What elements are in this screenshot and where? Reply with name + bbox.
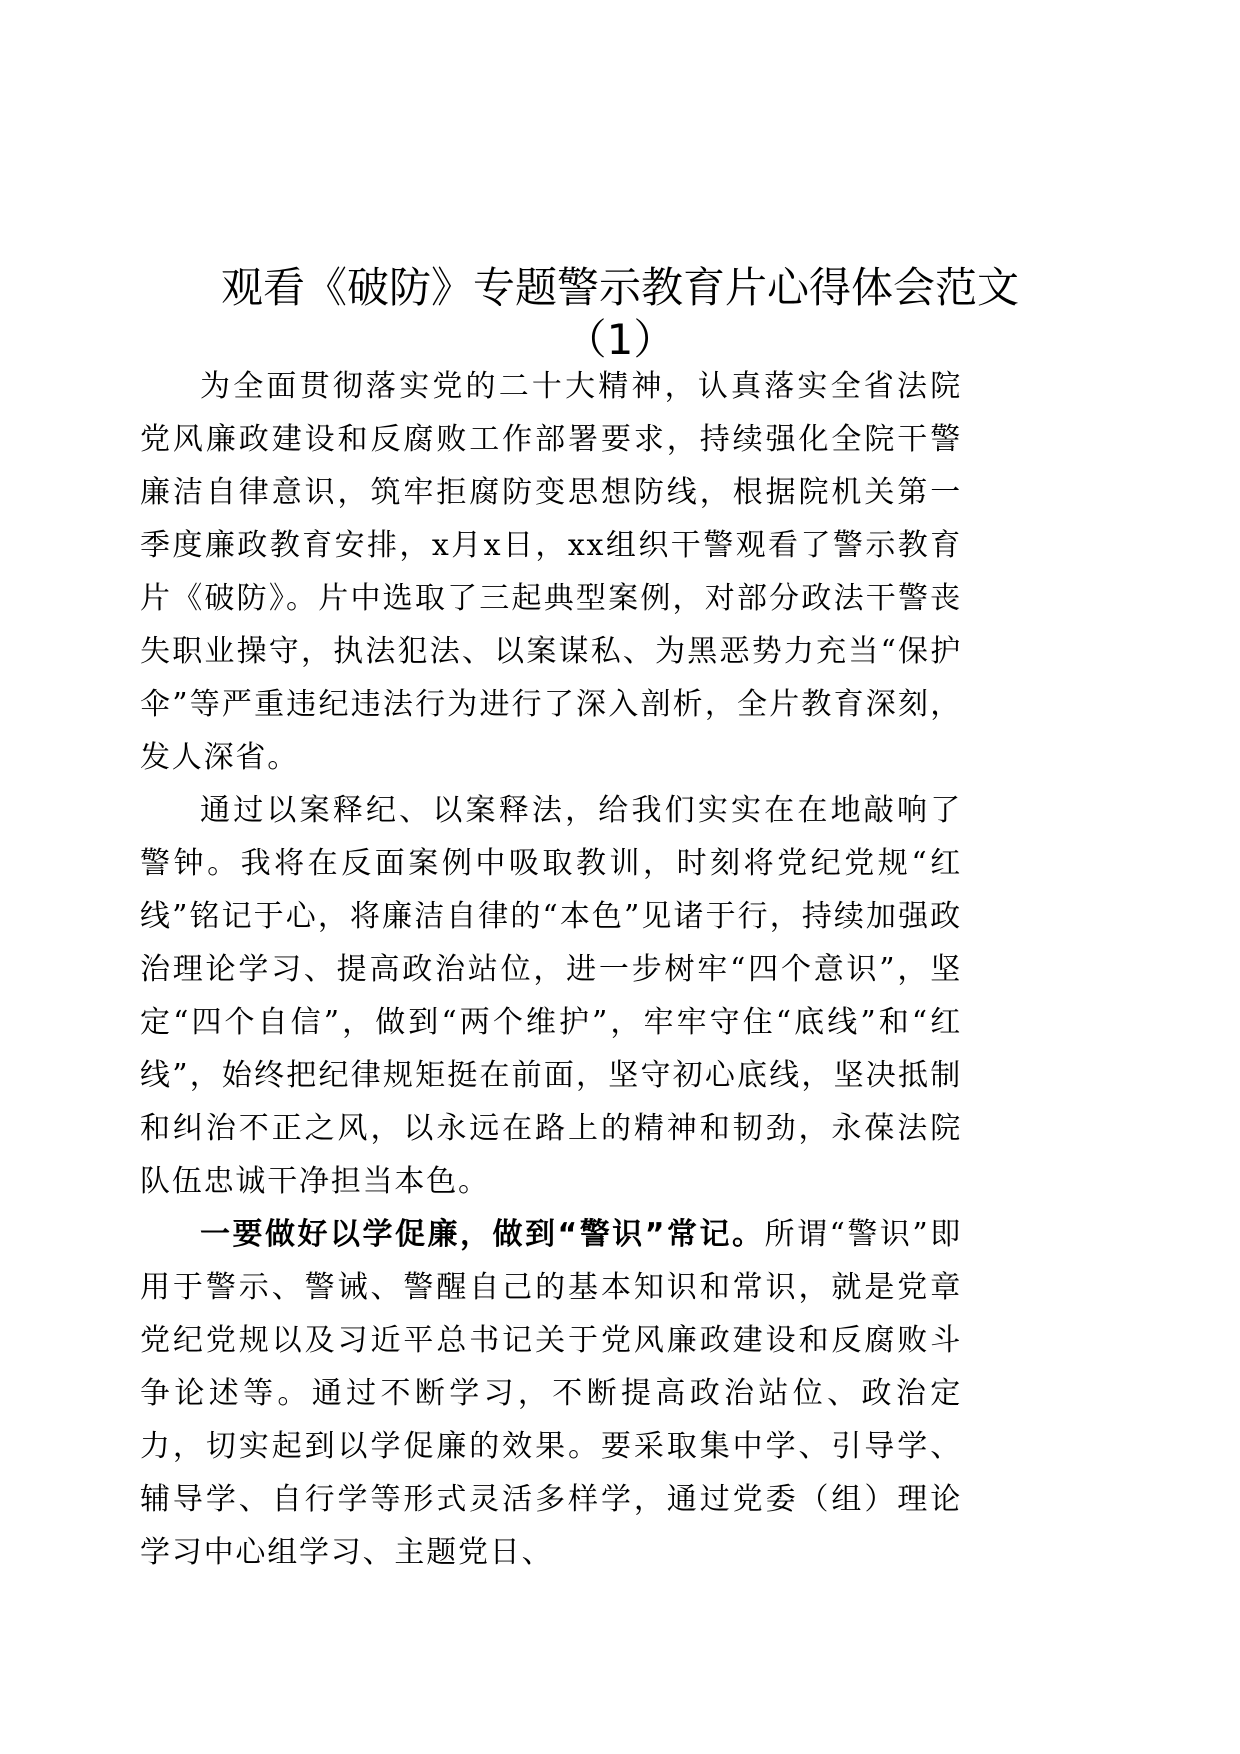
document-page: 观看《破防》专题警示教育片心得体会范文 （1） 为全面贯彻落实党的二十大精神，认… (0, 0, 1240, 1754)
paragraph-text: 为全面贯彻落实党的二十大精神，认真落实全省法院党风廉政建设和反腐败工作部署要求，… (140, 369, 962, 775)
document-title: 观看《破防》专题警示教育片心得体会范文 （1） (140, 262, 1100, 366)
paragraph-text: 所谓“警识”即用于警示、警诫、警醒自己的基本知识和常识，就是党章党纪党规以及习近… (140, 1217, 962, 1570)
paragraph-lead-heading: 一要做好以学促廉，做到“警识”常记。 (200, 1217, 765, 1252)
paragraph-2: 通过以案释纪、以案释法，给我们实实在在地敲响了警钟。我将在反面案例中吸取教训，时… (140, 784, 962, 1208)
title-line-1: 观看《破防》专题警示教育片心得体会范文 (140, 262, 1100, 314)
title-line-2: （1） (140, 314, 1100, 366)
document-body: 为全面贯彻落实党的二十大精神，认真落实全省法院党风廉政建设和反腐败工作部署要求，… (140, 360, 962, 1579)
paragraph-text: 通过以案释纪、以案释法，给我们实实在在地敲响了警钟。我将在反面案例中吸取教训，时… (140, 793, 962, 1199)
paragraph-3: 一要做好以学促廉，做到“警识”常记。所谓“警识”即用于警示、警诫、警醒自己的基本… (140, 1208, 962, 1579)
paragraph-1: 为全面贯彻落实党的二十大精神，认真落实全省法院党风廉政建设和反腐败工作部署要求，… (140, 360, 962, 784)
